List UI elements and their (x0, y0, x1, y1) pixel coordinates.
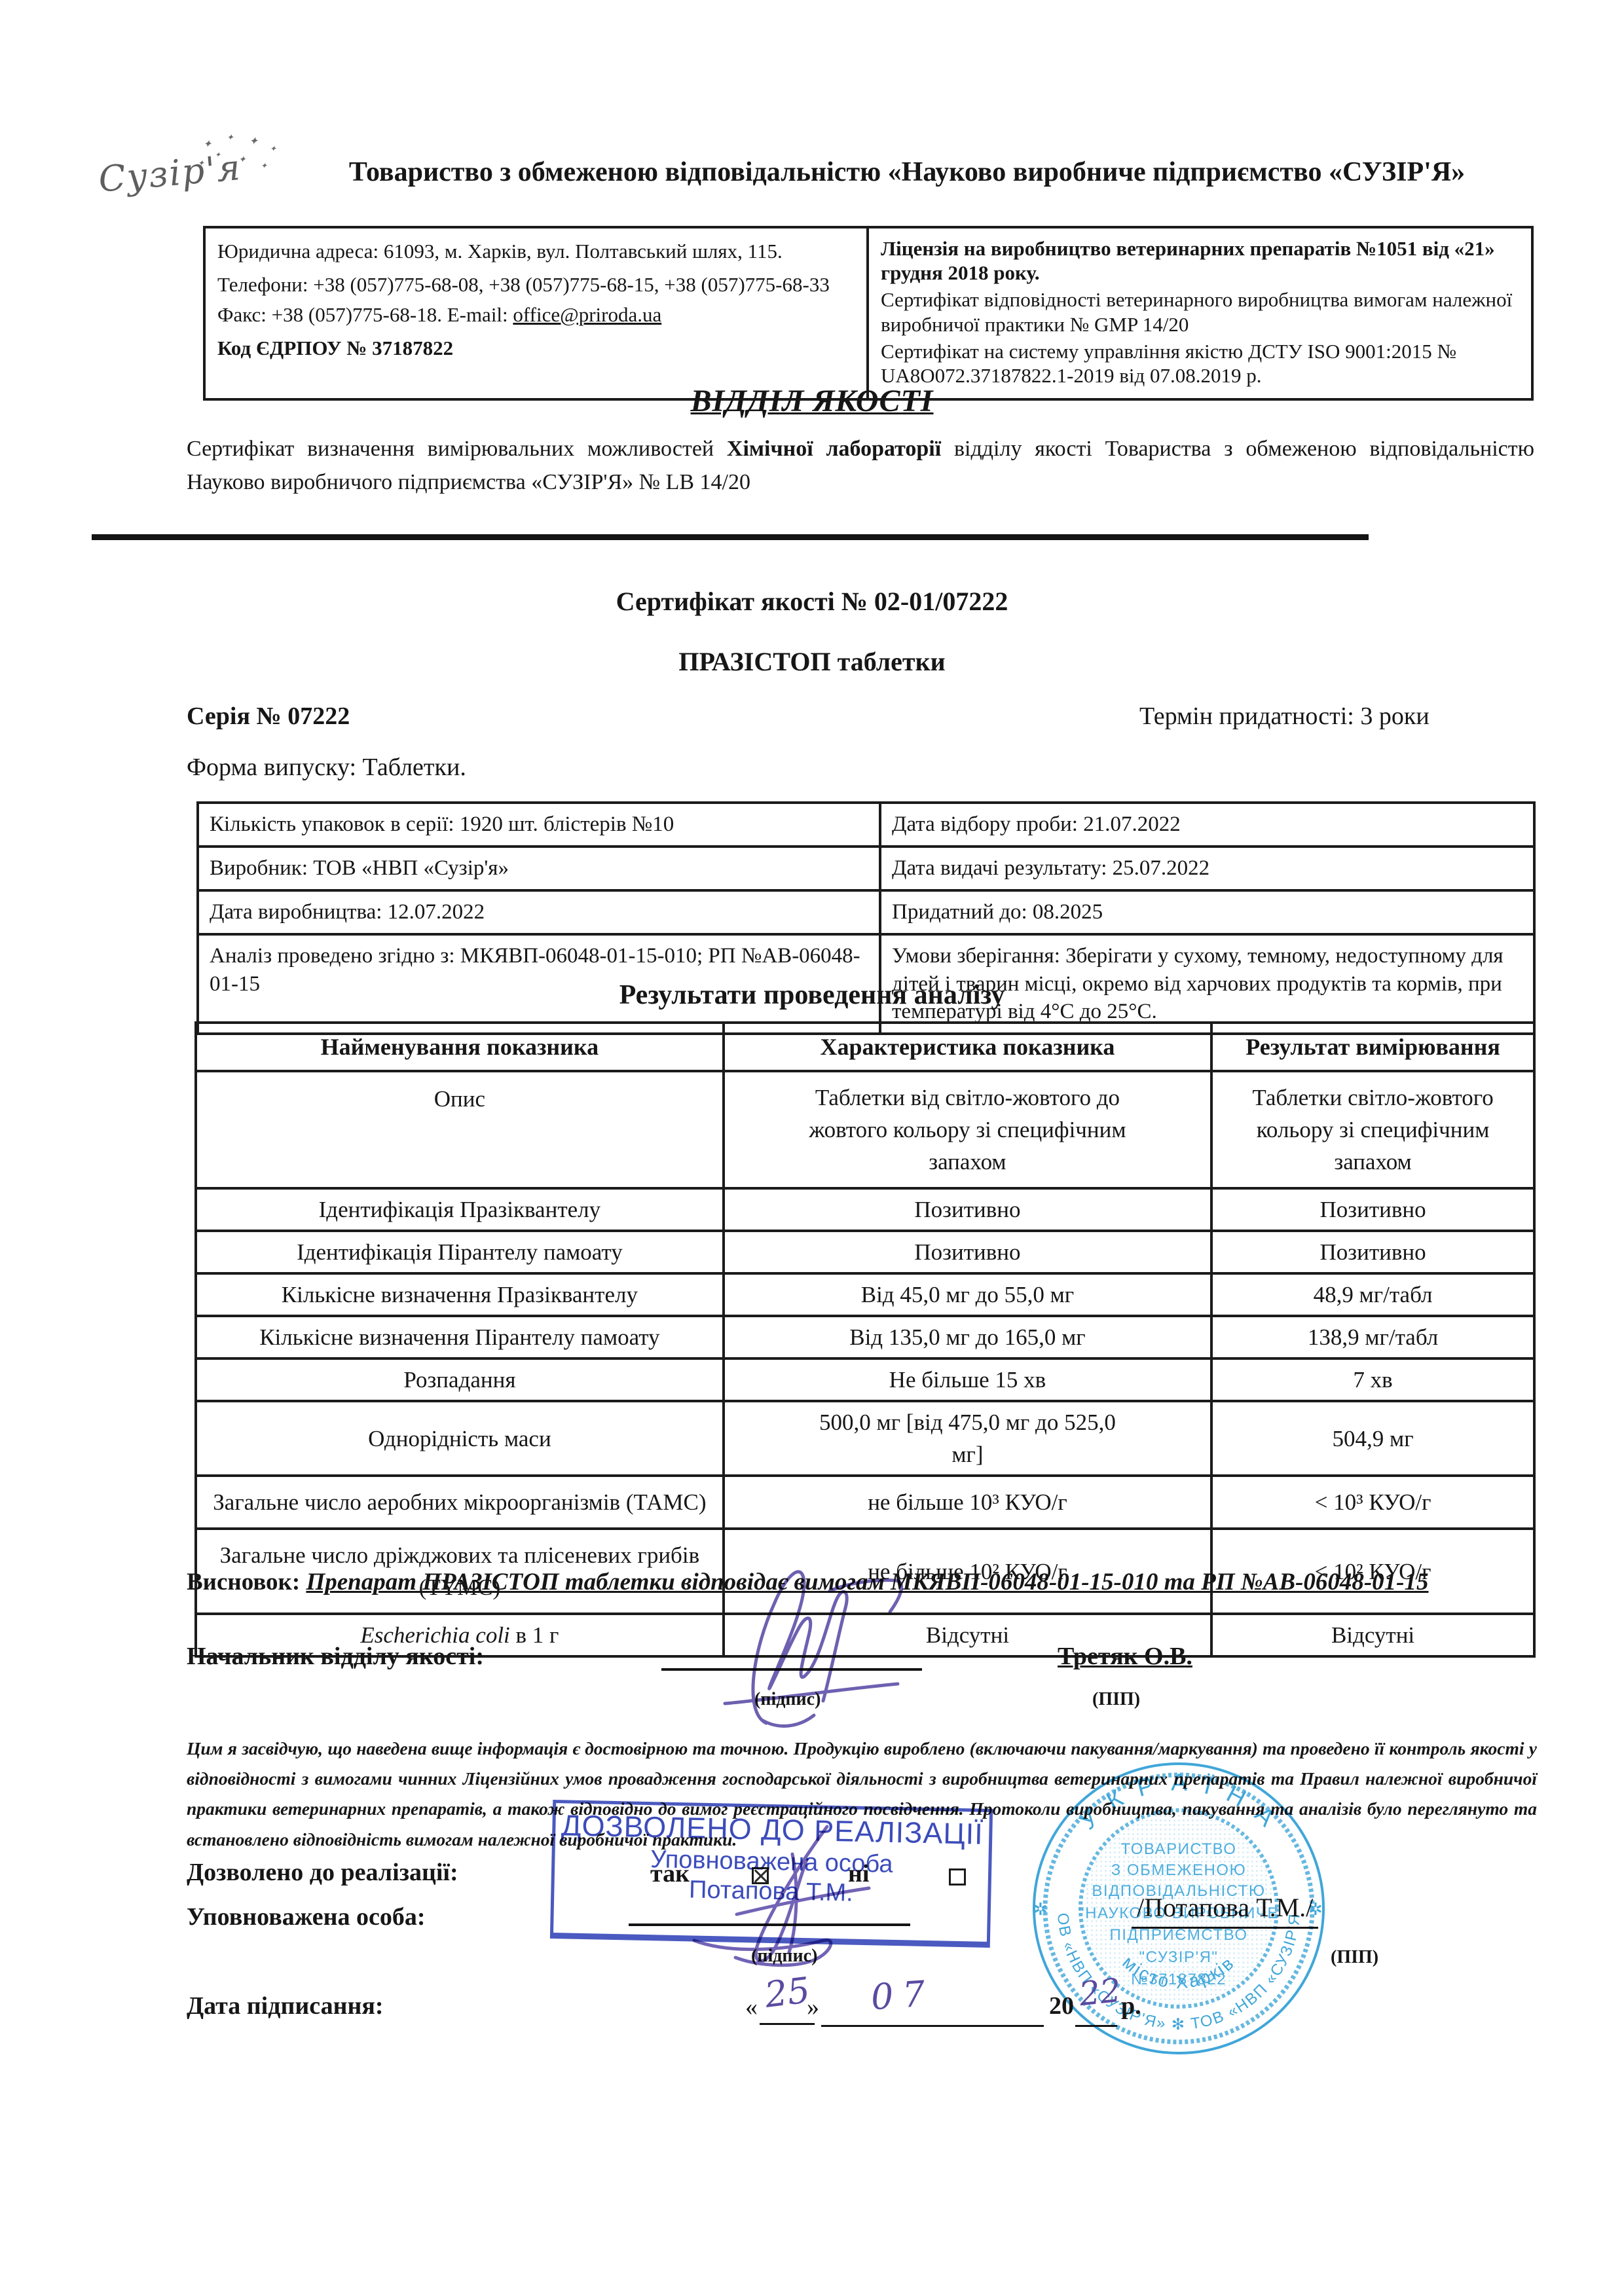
param-name: Опис (196, 1071, 724, 1188)
edrpou-code: Код ЄДРПОУ № 37187822 (217, 333, 855, 364)
form-label: Форма випуску: Таблетки. (187, 753, 466, 782)
param-result: < 10³ КУО/г (1211, 1476, 1534, 1529)
legal-address: Юридична адреса: 61093, м. Харків, вул. … (217, 236, 855, 267)
iso-line: Сертифікат на систему управління якістю … (881, 339, 1519, 388)
table-row: Ідентифікація Празіквантелу Позитивно По… (196, 1188, 1534, 1231)
param-result: 7 хв (1211, 1358, 1534, 1401)
handwritten-signature (658, 1815, 887, 1978)
name-caption: (ПІП) (1331, 1947, 1378, 1968)
series-label: Серія № 07222 (187, 702, 350, 731)
param-spec: Таблетки від світло-жовтого до жовтого к… (724, 1071, 1211, 1188)
handwritten-signature (665, 1552, 927, 1741)
expiry-date: Придатний до: 08.2025 (880, 890, 1534, 934)
head-of-quality-label: Начальник відділу якості: (187, 1642, 484, 1671)
param-name: Кількісне визначення Празіквантелу (196, 1273, 724, 1316)
svg-text:"НАУКОВО ВИРОБНИЧЕ: "НАУКОВО ВИРОБНИЧЕ (1079, 1904, 1279, 1922)
phones-line: Телефони: +38 (057)775-68-08, +38 (057)7… (217, 270, 855, 331)
measurement-cert-paragraph: Сертифікат визначення вимірювальних можл… (187, 432, 1534, 499)
handwritten-month: 07 (870, 1973, 936, 2018)
packs-count: Кількість упаковок в серії: 1920 шт. блі… (198, 803, 880, 847)
param-spec: Позитивно (724, 1188, 1211, 1231)
param-spec: Не більше 15 хв (724, 1358, 1211, 1401)
date-open-quote: « (745, 1993, 758, 2022)
date-underline (1075, 2025, 1117, 2027)
col-header-name: Найменування показника (196, 1023, 724, 1071)
table-row: Кількість упаковок в серії: 1920 шт. блі… (198, 803, 1534, 847)
result-issue-date: Дата видачі результату: 25.07.2022 (880, 847, 1534, 890)
param-name: Загальне число аеробних мікроорганізмів … (196, 1476, 724, 1529)
sampling-date: Дата відбору проби: 21.07.2022 (880, 803, 1534, 847)
star-icon (227, 132, 234, 143)
table-row: Кількісне визначення Пірантелу памоату В… (196, 1316, 1534, 1358)
svg-text:ПІДПРИЄМСТВО: ПІДПРИЄМСТВО (1110, 1926, 1248, 1944)
param-name: Кількісне визначення Пірантелу памоату (196, 1316, 724, 1358)
param-result: Позитивно (1211, 1231, 1534, 1273)
param-result: Відсутні (1211, 1614, 1534, 1656)
param-result: 504,9 мг (1211, 1401, 1534, 1476)
param-spec: Позитивно (724, 1231, 1211, 1273)
param-result: 48,9 мг/табл (1211, 1273, 1534, 1316)
quality-dept-title: ВІДДІЛ ЯКОСТІ (92, 383, 1532, 419)
gmp-line: Сертифікат відповідності ветеринарного в… (881, 287, 1519, 336)
company-info-box: Юридична адреса: 61093, м. Харків, вул. … (203, 226, 1534, 401)
divider-rule (92, 534, 1369, 540)
param-result: Позитивно (1211, 1188, 1534, 1231)
seal-star-icon: ✲ (1308, 1899, 1323, 1919)
table-row: Загальне число аеробних мікроорганізмів … (196, 1476, 1534, 1529)
email-link[interactable]: office@priroda.ua (513, 303, 661, 326)
page-title: Товариство з обмеженою відповідальністю … (282, 156, 1532, 189)
param-result: 138,9 мг/табл (1211, 1316, 1534, 1358)
param-spec: не більше 10³ КУО/г (724, 1476, 1211, 1529)
release-label: Дозволено до реалізації: (187, 1858, 458, 1887)
shelf-life-label: Термін придатності: 3 роки (1139, 702, 1430, 731)
authorized-label: Уповноважена особа: (187, 1903, 426, 1931)
date-underline (760, 2023, 815, 2025)
svg-text:ВІДПОВІДАЛЬНІСТЮ: ВІДПОВІДАЛЬНІСТЮ (1092, 1882, 1265, 1900)
param-name: Ідентифікація Пірантелу памоату (196, 1231, 724, 1273)
param-spec: Від 135,0 мг до 165,0 мг (724, 1316, 1211, 1358)
table-row: Опис Таблетки від світло-жовтого до жовт… (196, 1071, 1534, 1188)
svg-text:"СУЗІР'Я": "СУЗІР'Я" (1139, 1948, 1219, 1966)
year-prefix: 20 (1049, 1992, 1074, 2020)
head-name: Третяк О.В. (1058, 1642, 1192, 1671)
param-result: Таблетки світло-жовтого кольору зі специ… (1211, 1071, 1534, 1188)
param-spec: 500,0 мг [від 475,0 мг до 525,0 мг] (724, 1401, 1211, 1476)
table-row: Розпадання Не більше 15 хв 7 хв (196, 1358, 1534, 1401)
param-name: Розпадання (196, 1358, 724, 1401)
handwritten-year: 22 (1077, 1971, 1122, 2013)
param-name: Ідентифікація Празіквантелу (196, 1188, 724, 1231)
table-row: Ідентифікація Пірантелу памоату Позитивн… (196, 1231, 1534, 1273)
param-spec: Від 45,0 мг до 55,0 мг (724, 1273, 1211, 1316)
table-header-row: Найменування показника Характеристика по… (196, 1023, 1534, 1071)
table-row: Однорідність маси 500,0 мг [від 475,0 мг… (196, 1401, 1534, 1476)
date-underline (821, 2025, 1044, 2027)
table-row: Кількісне визначення Празіквантелу Від 4… (196, 1273, 1534, 1316)
conclusion-label: Висновок: (187, 1569, 306, 1595)
signing-date-label: Дата підписання: (187, 1992, 384, 2020)
date-close-quote: » (807, 1993, 819, 2022)
col-header-result: Результат вимірювання (1211, 1023, 1534, 1071)
company-contacts: Юридична адреса: 61093, м. Харків, вул. … (206, 228, 869, 398)
handwritten-day: 25 (762, 1969, 812, 2016)
manufacturer: Виробник: ТОВ «НВП «Сузір'я» (198, 847, 880, 890)
year-suffix: р. (1121, 1992, 1141, 2020)
results-heading: Результати проведення аналізу (92, 979, 1532, 1011)
svg-text:З ОБМЕЖЕНОЮ: З ОБМЕЖЕНОЮ (1111, 1861, 1247, 1879)
certificate-number-title: Сертифікат якості № 02-01/07222 (92, 586, 1532, 617)
seal-star-icon: ✲ (1033, 1899, 1048, 1919)
table-row: Виробник: ТОВ «НВП «Сузір'я» Дата видачі… (198, 847, 1534, 890)
product-name-title: ПРАЗІСТОП таблетки (92, 646, 1532, 677)
license-line: Ліцензія на виробництво ветеринарних пре… (881, 236, 1519, 285)
col-header-spec: Характеристика показника (724, 1023, 1211, 1071)
param-name: Однорідність маси (196, 1401, 724, 1476)
svg-text:ТОВАРИСТВО: ТОВАРИСТВО (1121, 1840, 1237, 1858)
svg-text:№37187822: №37187822 (1131, 1971, 1227, 1988)
company-licenses: Ліцензія на виробництво ветеринарних пре… (869, 228, 1531, 398)
name-caption: (ПІП) (1092, 1689, 1140, 1710)
quality-certificate-document: Сузір'я Товариство з обмеженою відповіда… (0, 0, 1624, 2296)
table-row: Дата виробництва: 12.07.2022 Придатний д… (198, 890, 1534, 934)
manufacture-date: Дата виробництва: 12.07.2022 (198, 890, 880, 934)
